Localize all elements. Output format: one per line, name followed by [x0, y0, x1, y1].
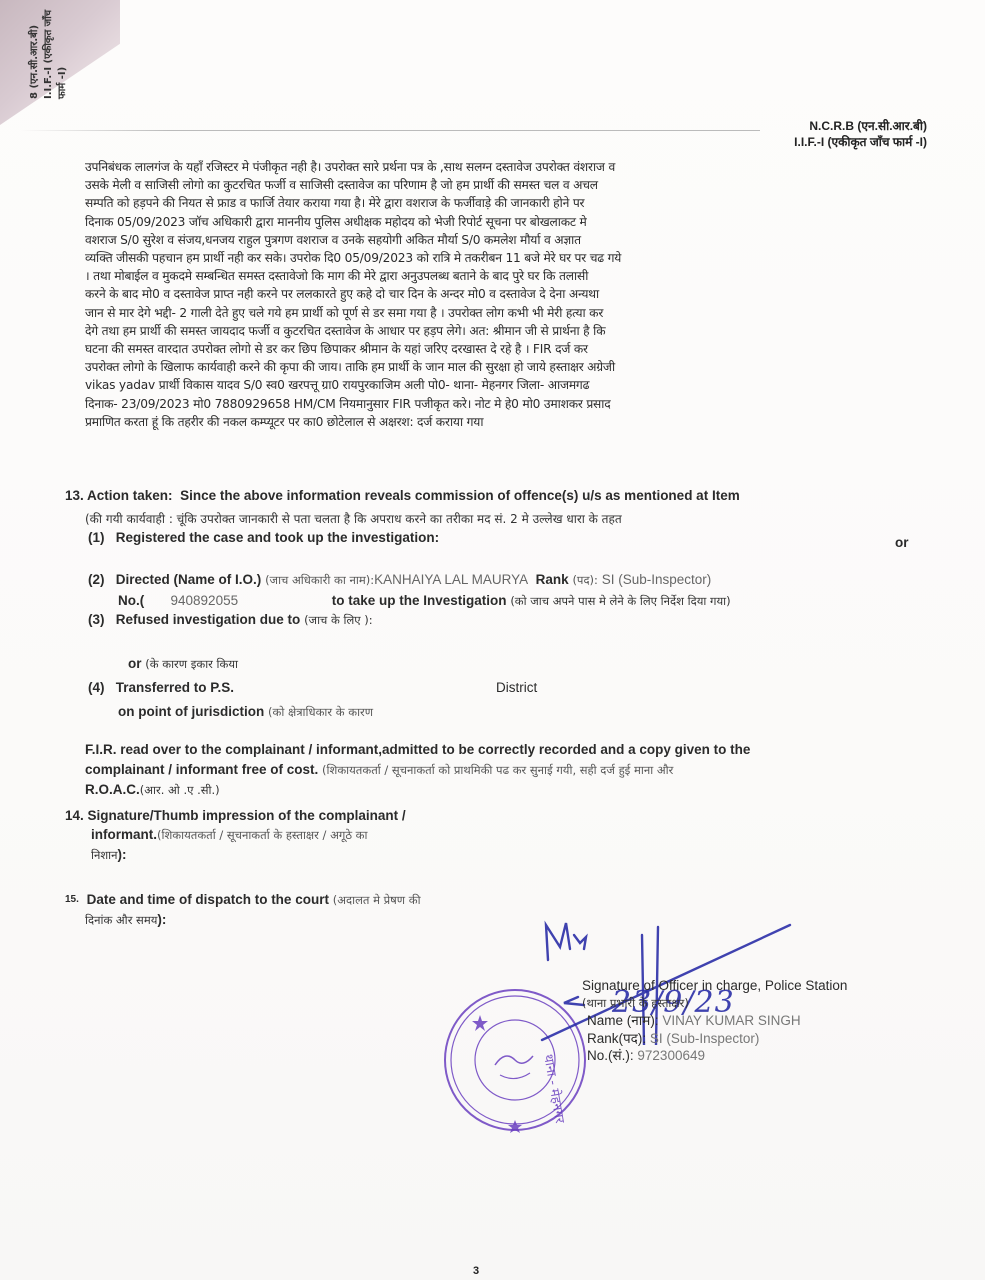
officer-name-value: VINAY KUMAR SINGH: [662, 1013, 800, 1028]
ncrb-label: N.C.R.B (एन.सी.आर.बी): [794, 118, 927, 134]
action-taken-text: Since the above information reveals comm…: [180, 488, 740, 503]
item-text: Registered the case and took up the inve…: [116, 530, 439, 545]
officer-in-charge-block: Signature of Officer in charge, Police S…: [582, 977, 847, 1065]
dispatch-label-hindi: (अदालत मे प्रेषण की: [333, 893, 421, 907]
narrative-line: उसके मेली व साजिसी लोगो का कुटरचित फर्जी…: [85, 176, 845, 194]
action-taken-hindi: (की गयी कार्यवाही : चूंकि उपरोक्त जानकार…: [85, 510, 622, 527]
item-2-io-number-row: No.( 940892055 to take up the Investigat…: [118, 593, 731, 609]
officer-rank-value: SI (Sub-Inspector): [650, 1031, 760, 1046]
narrative-line: वशराज S/0 सुरेश व संजय,धनजय राहुल पुत्रग…: [85, 231, 845, 249]
io-name-value: KANHAIYA LAL MAURYA: [374, 572, 528, 587]
officer-rank-label: Rank(पद):: [587, 1031, 646, 1046]
narrative-line: जान से मार देगे भद्दी- 2 गाली देते हुए च…: [85, 304, 845, 322]
narrative-line: प्रमाणित करता हूं कि तहरीर की नकल कम्प्य…: [85, 413, 845, 431]
item-3-or-refused: or (के कारण इकार किया: [128, 656, 238, 672]
complaint-narrative: उपनिबंधक लालगंज के यहाँ रजिस्टर मे पंजीक…: [85, 158, 845, 431]
io-label-hindi: (जाच अधिकारी का नाम):: [265, 573, 374, 587]
jurisdiction-text: on point of jurisdiction: [118, 704, 264, 719]
narrative-line: करने के बाद मो0 व दस्तावेज प्राप्त नही क…: [85, 285, 845, 303]
signature-label: Signature/Thumb impression of the compla…: [88, 808, 406, 823]
corner-fold-text: 8 (एन.सी.आर.बी) I.I.F.-I (एकीकृत जाँच फा…: [28, 4, 70, 99]
section-14-signature: 14. Signature/Thumb impression of the co…: [65, 806, 505, 865]
fir-document-page: 8 (एन.सी.आर.बी) I.I.F.-I (एकीकृत जाँच फा…: [0, 0, 985, 1280]
transferred-text: Transferred to P.S.: [116, 680, 234, 695]
officer-signature-label: Signature of Officer in charge, Police S…: [582, 977, 847, 995]
informant-label: informant.: [91, 827, 157, 842]
colon: ):: [157, 912, 166, 927]
dispatch-label: Date and time of dispatch to the court: [87, 892, 329, 907]
item-1-registered: (1) Registered the case and took up the …: [88, 530, 439, 545]
officer-signature-label-hindi: (थाना प्रभारी के हस्ताक्षर): [582, 995, 847, 1013]
officer-no-label: No.(सं.):: [587, 1048, 634, 1063]
police-station-stamp: थाना - मेहनगर: [440, 985, 590, 1135]
officer-name-label: Name (नाम):: [587, 1013, 659, 1028]
item-2-directed: (2) Directed (Name of I.O.) (जाच अधिकारी…: [88, 572, 711, 588]
or-label: or: [895, 535, 909, 550]
io-rank-value: SI (Sub-Inspector): [602, 572, 712, 587]
item-number: (1): [88, 530, 105, 545]
nishan-hindi: निशान: [91, 848, 118, 862]
take-up-hindi: (को जाच अपने पास मे लेने के लिए निर्देश …: [510, 594, 730, 608]
section-number: 15.: [65, 894, 79, 905]
narrative-line: vikas yadav प्रार्थी विकास यादव S/0 स्व0…: [85, 376, 845, 394]
item-3-refused: (3) Refused investigation due to (जाच के…: [88, 612, 373, 628]
narrative-line: दिनाक- 23/09/2023 मो0 7880929658 HM/CM न…: [85, 395, 845, 413]
fir-read-line-2-hindi: (शिकायतकर्ता / सूचनाकर्ता को प्राथमिकी प…: [322, 763, 673, 777]
rank-label: Rank: [536, 572, 569, 587]
roac-label: R.O.A.C.: [85, 782, 140, 797]
fir-read-over-statement: F.I.R. read over to the complainant / in…: [85, 740, 905, 800]
stamp-text: थाना - मेहनगर: [540, 1053, 568, 1125]
narrative-line: उपनिबंधक लालगंज के यहाँ रजिस्टर मे पंजीक…: [85, 158, 845, 176]
narrative-line: व्यक्ति जीसकी पहचान हम प्रार्थी नही कर स…: [85, 249, 845, 267]
narrative-line: घटना की समस्त वारदात उपरोक्त लोगो से डर …: [85, 340, 845, 358]
refused-reason-hindi: (के कारण इकार किया: [145, 657, 238, 671]
jurisdiction-hindi: (को क्षेत्राधिकार के कारण: [268, 705, 373, 719]
colon: ):: [118, 847, 127, 862]
refused-hindi: (जाच के लिए ):: [304, 613, 373, 627]
fir-read-line-1: F.I.R. read over to the complainant / in…: [85, 740, 905, 760]
refused-text: Refused investigation due to: [116, 612, 301, 627]
header-divider: [20, 130, 760, 131]
roac-hindi: (आर. ओ .ए .सी.): [140, 783, 220, 797]
item-number: (3): [88, 612, 105, 627]
section-number: 13.: [65, 488, 84, 503]
section-13-action-taken: 13. Action taken: Since the above inform…: [65, 488, 935, 509]
narrative-line: देगे तथा हम प्रार्थी की समस्त जायदाद फर्…: [85, 322, 845, 340]
rank-label-hindi: (पद):: [572, 573, 598, 587]
narrative-line: सम्पति को हड़पने की नियत से फ्राड व फार्…: [85, 194, 845, 212]
io-label: Directed (Name of I.O.): [116, 572, 262, 587]
narrative-line: दिनाक 05/09/2023 जॉच अधिकारी द्वारा मानन…: [85, 213, 845, 231]
item-number: (4): [88, 680, 105, 695]
item-number: (2): [88, 572, 105, 587]
take-up-text: to take up the Investigation: [332, 593, 507, 608]
io-no-label: No.(: [118, 593, 144, 608]
item-4-transferred: (4) Transferred to P.S. District: [88, 680, 234, 695]
form-header: N.C.R.B (एन.सी.आर.बी) I.I.F.-I (एकीकृत ज…: [794, 118, 927, 150]
narrative-line: । तथा मोबाईल व मुकदमे सम्बन्धित समस्त दस…: [85, 267, 845, 285]
signature-label-hindi: (शिकायतकर्ता / सूचनाकर्ता के हस्ताक्षर /…: [157, 828, 367, 842]
or-label: or: [128, 656, 142, 671]
section-number: 14.: [65, 808, 84, 823]
narrative-line: उपरोक्त लोगो के खिलाफ कार्यवाही करने की …: [85, 358, 845, 376]
dispatch-date-hindi: दिनांक और समय: [85, 913, 157, 927]
io-no-value: 940892055: [171, 593, 239, 608]
item-4-jurisdiction: on point of jurisdiction (को क्षेत्राधिक…: [118, 704, 373, 720]
page-number: 3: [473, 1265, 479, 1277]
fir-read-line-2: complainant / informant free of cost.: [85, 762, 318, 777]
action-taken-label: Action taken:: [87, 488, 173, 503]
district-label: District: [496, 680, 537, 695]
iif-label: I.I.F.-I (एकीकृत जाँच फार्म -I): [794, 134, 927, 150]
officer-no-value: 972300649: [637, 1048, 705, 1063]
section-15-dispatch: 15. Date and time of dispatch to the cou…: [65, 890, 525, 930]
